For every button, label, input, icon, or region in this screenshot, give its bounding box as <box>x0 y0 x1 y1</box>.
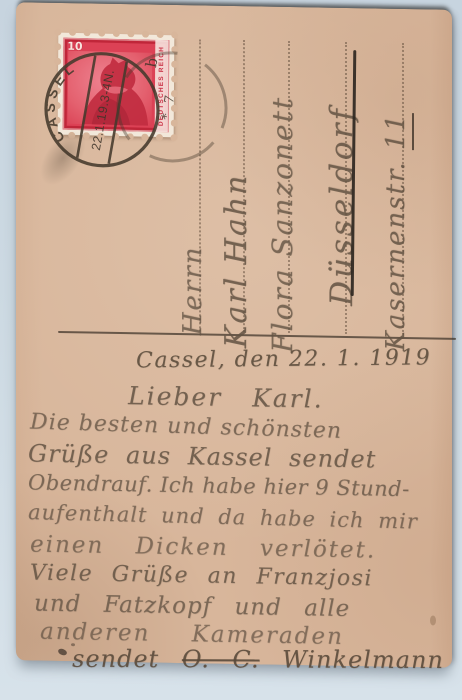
address-street: Kasernenstr. 11 <box>381 113 411 351</box>
street-name: Kasernenstr. <box>381 160 411 351</box>
paper-blemish <box>71 643 75 646</box>
paper-blemish <box>430 615 436 625</box>
postcard-scan: Herrn Karl Hahn Flora Sanzonett Düsseldo… <box>0 0 462 700</box>
address-recipient-name: Karl Hahn <box>219 173 254 348</box>
paper-blemish <box>57 648 68 657</box>
house-number: 11 <box>381 113 414 151</box>
message-line: Obendrauf. Ich habe hier 9 Stund- <box>28 470 410 501</box>
message-line: aufenthalt und da habe ich mir <box>28 500 418 534</box>
postcard-back: Herrn Karl Hahn Flora Sanzonett Düsseldo… <box>16 2 452 668</box>
message-line: einen Dicken verlötet. <box>30 531 376 563</box>
message-signature: sendet O. C. Winkelmann <box>72 645 444 674</box>
message-salutation: Lieber Karl. <box>128 381 324 413</box>
message-line: Grüße aus Kassel sendet <box>28 439 376 473</box>
address-recipient-title: Herrn <box>178 245 208 335</box>
message-line: Viele Grüße an Franzjosi <box>30 560 373 591</box>
message-line: und Fatzkopf und alle <box>34 591 350 623</box>
signature-prefix: sendet <box>72 645 160 673</box>
signature-name: Winkelmann <box>282 646 444 675</box>
message-line: Die besten und schönsten <box>30 410 342 444</box>
message-dateline: Cassel, den 22. 1. 1919 <box>136 345 432 373</box>
address-establishment: Flora Sanzonett <box>266 96 299 353</box>
signature-struck-initials: O. C. <box>182 645 260 673</box>
